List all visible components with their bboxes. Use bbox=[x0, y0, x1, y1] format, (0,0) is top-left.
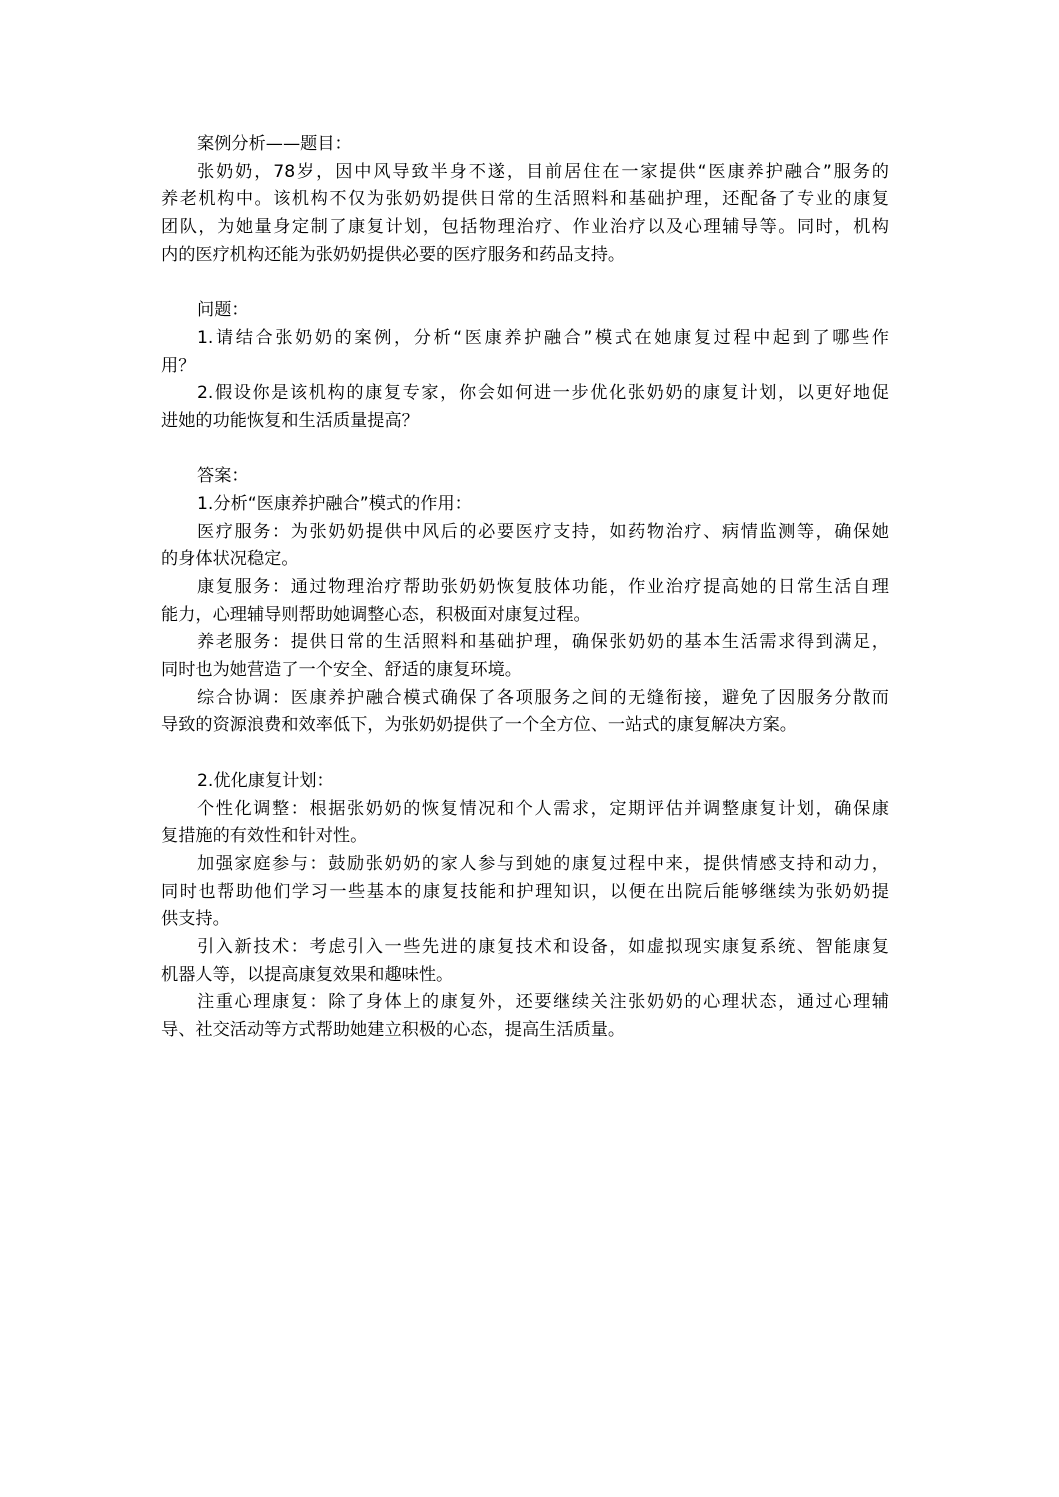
document-page: 案例分析——题目： 张奶奶，78岁，因中风导致半身不遂，目前居住在一家提供“医康… bbox=[161, 131, 889, 1045]
answer-line: 复措施的有效性和针对性。 bbox=[161, 823, 889, 851]
answers-heading: 答案： bbox=[161, 463, 889, 491]
answer-coordination: 综合协调：医康养护融合模式确保了各项服务之间的无缝衔接，避免了因服务分散而 导致… bbox=[161, 685, 889, 740]
case-line: 张奶奶，78岁，因中风导致半身不遂，目前居住在一家提供“医康养护融合”服务的 bbox=[161, 159, 889, 187]
answer-line: 导致的资源浪费和效率低下，为张奶奶提供了一个全方位、一站式的康复解决方案。 bbox=[161, 712, 889, 740]
case-description: 张奶奶，78岁，因中风导致半身不遂，目前居住在一家提供“医康养护融合”服务的 养… bbox=[161, 159, 889, 270]
answer-personalize: 个性化调整：根据张奶奶的恢复情况和个人需求，定期评估并调整康复计划，确保康 复措… bbox=[161, 796, 889, 851]
case-title: 案例分析——题目： bbox=[161, 131, 889, 159]
answer-part1-heading: 1.分析“医康养护融合”模式的作用： bbox=[161, 491, 889, 519]
answer-line: 综合协调：医康养护融合模式确保了各项服务之间的无缝衔接，避免了因服务分散而 bbox=[161, 685, 889, 713]
answer-line: 医疗服务：为张奶奶提供中风后的必要医疗支持，如药物治疗、病情监测等，确保她 bbox=[161, 519, 889, 547]
answer-line: 个性化调整：根据张奶奶的恢复情况和个人需求，定期评估并调整康复计划，确保康 bbox=[161, 796, 889, 824]
question-2: 2.假设你是该机构的康复专家，你会如何进一步优化张奶奶的康复计划，以更好地促 进… bbox=[161, 380, 889, 435]
answer-line: 的身体状况稳定。 bbox=[161, 546, 889, 574]
answer-line: 同时也为她营造了一个安全、舒适的康复环境。 bbox=[161, 657, 889, 685]
answer-line: 能力，心理辅导则帮助她调整心态，积极面对康复过程。 bbox=[161, 602, 889, 630]
answer-psychology: 注重心理康复：除了身体上的康复外，还要继续关注张奶奶的心理状态，通过心理辅 导、… bbox=[161, 989, 889, 1044]
question-line: 用？ bbox=[161, 353, 889, 381]
answer-line: 注重心理康复：除了身体上的康复外，还要继续关注张奶奶的心理状态，通过心理辅 bbox=[161, 989, 889, 1017]
answer-line: 同时也帮助他们学习一些基本的康复技能和护理知识，以便在出院后能够继续为张奶奶提 bbox=[161, 879, 889, 907]
answer-line: 养老服务：提供日常的生活照料和基础护理，确保张奶奶的基本生活需求得到满足， bbox=[161, 629, 889, 657]
answer-line: 康复服务：通过物理治疗帮助张奶奶恢复肢体功能，作业治疗提高她的日常生活自理 bbox=[161, 574, 889, 602]
questions-heading: 问题： bbox=[161, 297, 889, 325]
question-1: 1.请结合张奶奶的案例，分析“医康养护融合”模式在她康复过程中起到了哪些作 用？ bbox=[161, 325, 889, 380]
answer-family: 加强家庭参与：鼓励张奶奶的家人参与到她的康复过程中来，提供情感支持和动力， 同时… bbox=[161, 851, 889, 934]
answer-line: 导、社交活动等方式帮助她建立积极的心态，提高生活质量。 bbox=[161, 1017, 889, 1045]
spacer bbox=[161, 269, 889, 297]
answer-line: 加强家庭参与：鼓励张奶奶的家人参与到她的康复过程中来，提供情感支持和动力， bbox=[161, 851, 889, 879]
spacer bbox=[161, 436, 889, 464]
answer-line: 机器人等，以提高康复效果和趣味性。 bbox=[161, 962, 889, 990]
question-line: 进她的功能恢复和生活质量提高？ bbox=[161, 408, 889, 436]
question-line: 2.假设你是该机构的康复专家，你会如何进一步优化张奶奶的康复计划，以更好地促 bbox=[161, 380, 889, 408]
answer-medical-service: 医疗服务：为张奶奶提供中风后的必要医疗支持，如药物治疗、病情监测等，确保她 的身… bbox=[161, 519, 889, 574]
case-line: 内的医疗机构还能为张奶奶提供必要的医疗服务和药品支持。 bbox=[161, 242, 889, 270]
answer-part2-heading: 2.优化康复计划： bbox=[161, 768, 889, 796]
question-line: 1.请结合张奶奶的案例，分析“医康养护融合”模式在她康复过程中起到了哪些作 bbox=[161, 325, 889, 353]
spacer bbox=[161, 740, 889, 768]
answer-technology: 引入新技术：考虑引入一些先进的康复技术和设备，如虚拟现实康复系统、智能康复 机器… bbox=[161, 934, 889, 989]
answer-rehab-service: 康复服务：通过物理治疗帮助张奶奶恢复肢体功能，作业治疗提高她的日常生活自理 能力… bbox=[161, 574, 889, 629]
case-line: 养老机构中。该机构不仅为张奶奶提供日常的生活照料和基础护理，还配备了专业的康复 bbox=[161, 186, 889, 214]
answer-line: 引入新技术：考虑引入一些先进的康复技术和设备，如虚拟现实康复系统、智能康复 bbox=[161, 934, 889, 962]
case-line: 团队，为她量身定制了康复计划，包括物理治疗、作业治疗以及心理辅导等。同时，机构 bbox=[161, 214, 889, 242]
answer-elderly-service: 养老服务：提供日常的生活照料和基础护理，确保张奶奶的基本生活需求得到满足， 同时… bbox=[161, 629, 889, 684]
answer-line: 供支持。 bbox=[161, 906, 889, 934]
